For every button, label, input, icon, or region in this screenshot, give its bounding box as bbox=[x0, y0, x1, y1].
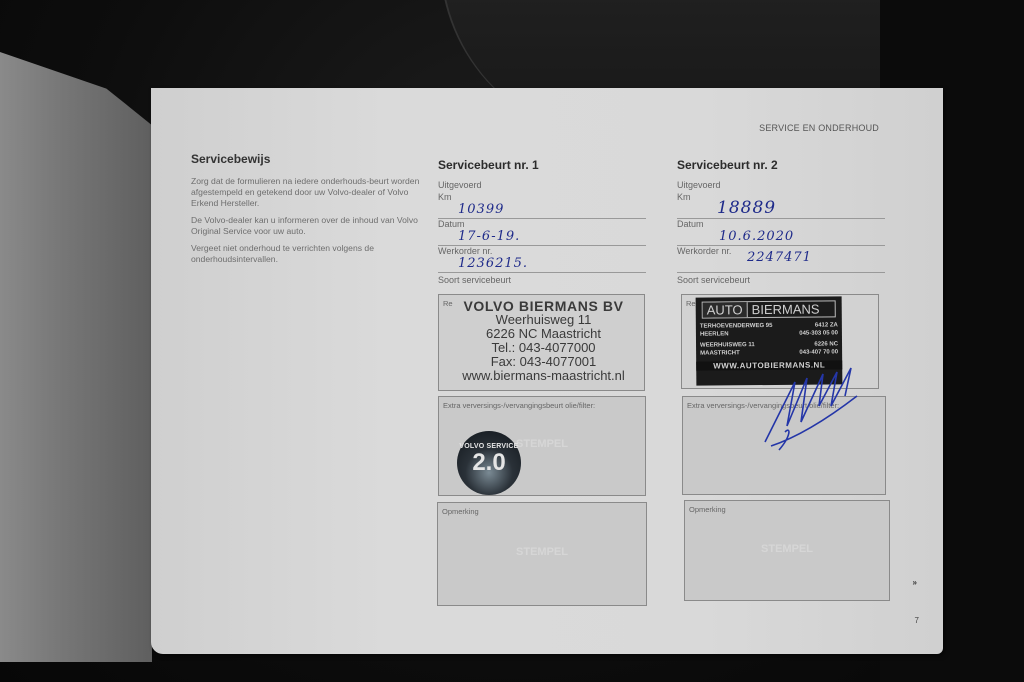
stamp-text: 6226 NC bbox=[814, 340, 838, 348]
page-number: 7 bbox=[915, 616, 919, 625]
km-label: Km bbox=[438, 192, 452, 202]
intro-paragraph: De Volvo-dealer kan u informeren over de… bbox=[191, 215, 421, 237]
datum-value: 10.6.2020 bbox=[719, 229, 794, 244]
stamp-name: VOLVO BIERMANS BV bbox=[445, 299, 642, 313]
km-value: 10399 bbox=[458, 202, 504, 217]
datum-label: Datum bbox=[677, 219, 704, 229]
logo-right: BIERMANS bbox=[748, 302, 824, 318]
service-title: Servicebeurt nr. 2 bbox=[677, 158, 885, 172]
km-field[interactable]: Km 18889 bbox=[677, 192, 885, 219]
werkorder-label: Werkorder nr. bbox=[438, 246, 492, 256]
stamp-text: TERHOEVENDERWEG 95 bbox=[700, 322, 773, 331]
soort-label: Soort servicebeurt bbox=[677, 275, 885, 285]
stamp-text: WEERHUISWEG 11 bbox=[700, 341, 755, 349]
opmerking-box-1: Opmerking STEMPEL bbox=[437, 502, 647, 606]
intro-paragraph: Zorg dat de formulieren na iedere onderh… bbox=[191, 176, 421, 209]
datum-value: 17-6-19. bbox=[458, 229, 520, 244]
service-column-2: Servicebeurt nr. 2 Uitgevoerd Km 18889 D… bbox=[677, 158, 885, 285]
stamp-text: 045-303 05 00 bbox=[799, 329, 838, 337]
service-column-1: Servicebeurt nr. 1 Uitgevoerd Km 10399 D… bbox=[438, 158, 646, 285]
werkorder-value: 1236215. bbox=[458, 256, 528, 271]
service-title: Servicebeurt nr. 1 bbox=[438, 158, 646, 172]
section-header: SERVICE EN ONDERHOUD bbox=[759, 123, 879, 133]
booklet-page: SERVICE EN ONDERHOUD Servicebewijs Zorg … bbox=[151, 88, 943, 654]
auto-biermans-logo: AUTO BIERMANS bbox=[702, 300, 836, 318]
datum-field[interactable]: Datum 10.6.2020 bbox=[677, 219, 885, 246]
continue-arrow-icon: » bbox=[913, 578, 917, 587]
stamp-box-label: Re bbox=[686, 299, 696, 308]
stamp-street: Weerhuisweg 11 bbox=[445, 313, 642, 327]
uitgevoerd-label: Uitgevoerd bbox=[677, 180, 885, 190]
volvo-service-badge-icon: VOLVO SERVICE 2.0 bbox=[457, 431, 521, 495]
stamp-text: MAASTRICHT bbox=[700, 349, 740, 357]
stamp-city: 6226 NC Maastricht bbox=[445, 327, 642, 341]
datum-label: Datum bbox=[438, 219, 465, 229]
uitgevoerd-label: Uitgevoerd bbox=[438, 180, 646, 190]
badge-line2: 2.0 bbox=[457, 450, 521, 476]
opmerking-box-2: Opmerking STEMPEL bbox=[684, 500, 890, 601]
werkorder-field[interactable]: Werkorder nr. 2247471 bbox=[677, 246, 885, 273]
stamp-text: 6412 ZA bbox=[815, 321, 838, 329]
signature-icon bbox=[761, 366, 871, 456]
intro-section: Servicebewijs Zorg dat de formulieren na… bbox=[191, 152, 421, 271]
stamp-text: HEERLEN bbox=[700, 330, 729, 338]
left-page bbox=[0, 52, 152, 662]
opmerking-label: Opmerking bbox=[689, 505, 726, 514]
intro-paragraph: Vergeet niet onderhoud te verrichten vol… bbox=[191, 243, 421, 265]
km-field[interactable]: Km 10399 bbox=[438, 192, 646, 219]
extra-label: Extra verversings-/vervangingsbeurt olie… bbox=[443, 401, 595, 410]
km-label: Km bbox=[677, 192, 691, 202]
datum-field[interactable]: Datum 17-6-19. bbox=[438, 219, 646, 246]
werkorder-field[interactable]: Werkorder nr. 1236215. bbox=[438, 246, 646, 273]
intro-title: Servicebewijs bbox=[191, 152, 421, 166]
km-value: 18889 bbox=[717, 198, 776, 218]
soort-label: Soort servicebeurt bbox=[438, 275, 646, 285]
stempel-watermark: STEMPEL bbox=[685, 543, 889, 555]
logo-left: AUTO bbox=[703, 302, 748, 317]
dealer-stamp-1: VOLVO BIERMANS BV Weerhuisweg 11 6226 NC… bbox=[445, 299, 642, 383]
stamp-fax: Fax: 043-4077001 bbox=[445, 355, 642, 369]
extra-box-1: Extra verversings-/vervangingsbeurt olie… bbox=[438, 396, 646, 496]
opmerking-label: Opmerking bbox=[442, 507, 479, 516]
werkorder-label: Werkorder nr. bbox=[677, 246, 731, 256]
werkorder-value: 2247471 bbox=[747, 250, 812, 265]
stamp-box-1: Re VOLVO BIERMANS BV Weerhuisweg 11 6226… bbox=[438, 294, 645, 391]
stamp-text: 043-407 70 00 bbox=[799, 348, 838, 356]
stamp-web: www.biermans-maastricht.nl bbox=[445, 369, 642, 383]
stempel-watermark: STEMPEL bbox=[438, 546, 646, 558]
stamp-tel: Tel.: 043-4077000 bbox=[445, 341, 642, 355]
